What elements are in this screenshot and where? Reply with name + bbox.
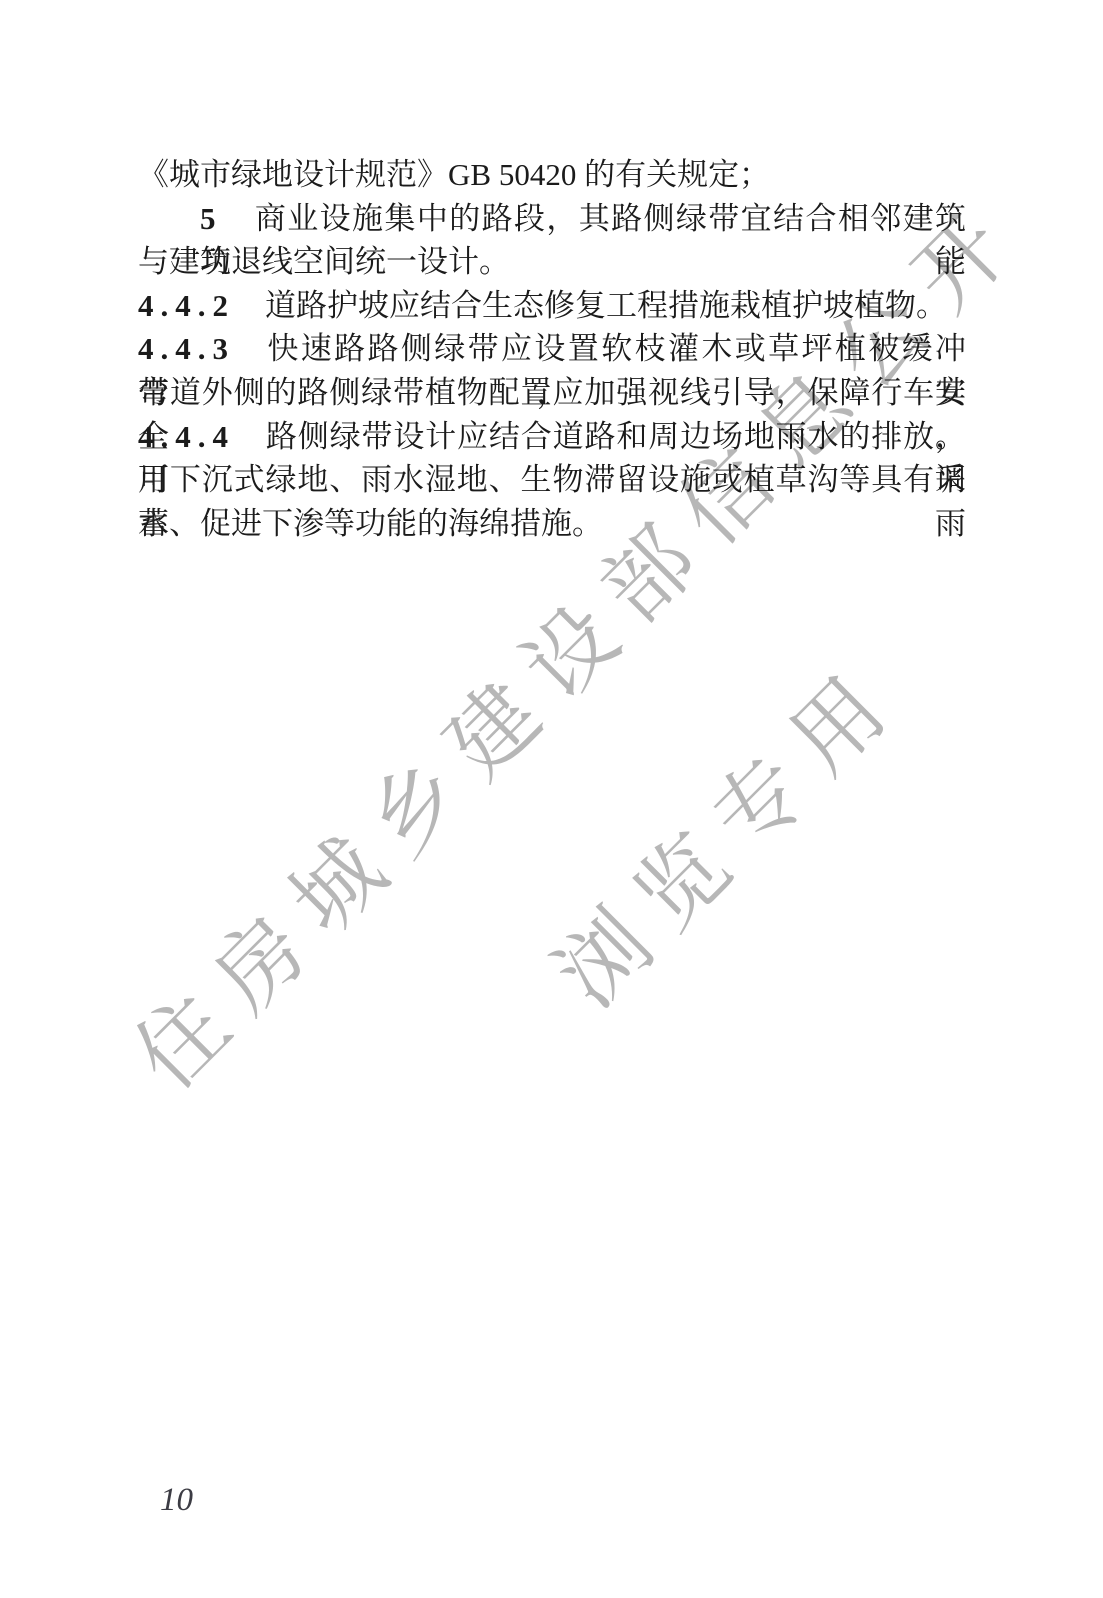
page-number: 10 <box>160 1482 193 1519</box>
watermark-line-2: 浏览专用 <box>524 630 924 1030</box>
section-number: 4.4.2 <box>138 288 235 323</box>
text-line: 4.4.4路侧绿带设计应结合道路和周边场地雨水的排放，可采 <box>138 415 966 459</box>
text-line: 4.4.2道路护坡应结合生态修复工程措施栽植护坡植物。 <box>138 284 966 328</box>
section-number: 4.4.3 <box>138 331 235 366</box>
text-block: 《城市绿地设计规范》GB 50420 的有关规定； 5商业设施集中的路段，其路侧… <box>138 153 966 545</box>
list-item-number: 5 <box>200 201 216 236</box>
section-number: 4.4.4 <box>138 419 235 454</box>
text-line-content: 与建筑退线空间统一设计。 <box>138 244 510 279</box>
text-line: 4.4.3快速路路侧绿带应设置软枝灌木或草坪植被缓冲带，其 <box>138 327 966 371</box>
document-page: 住房城乡建设部信息公开 浏览专用 《城市绿地设计规范》GB 50420 的有关规… <box>0 0 1103 1598</box>
text-line-content: 道路护坡应结合生态修复工程措施栽植护坡植物。 <box>265 288 947 323</box>
text-line: 《城市绿地设计规范》GB 50420 的有关规定； <box>138 153 966 197</box>
text-line: 用下沉式绿地、雨水湿地、生物滞留设施或植草沟等具有调蓄雨 <box>138 458 966 502</box>
text-line-content: 《城市绿地设计规范》GB 50420 的有关规定； <box>138 157 770 192</box>
text-line: 弯道外侧的路侧绿带植物配置应加强视线引导，保障行车安全。 <box>138 371 966 415</box>
text-line: 5商业设施集中的路段，其路侧绿带宜结合相邻建筑功能 <box>138 197 966 241</box>
text-line-content: 水、促进下渗等功能的海绵措施。 <box>138 506 603 541</box>
